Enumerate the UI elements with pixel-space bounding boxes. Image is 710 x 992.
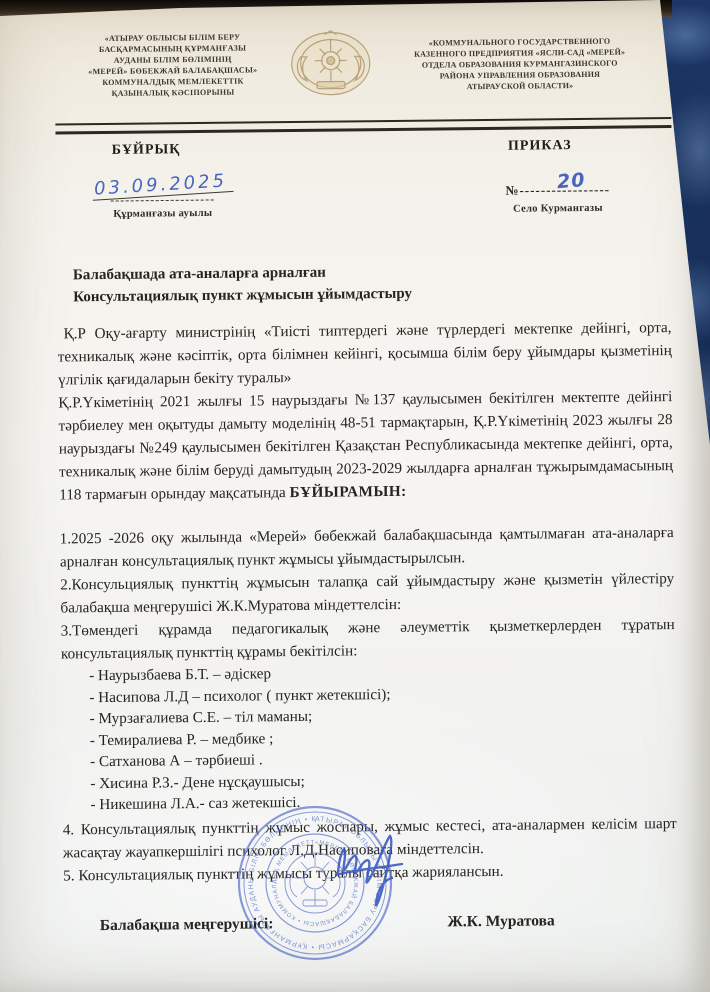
photo-background: «АТЫРАУ ОБЛЫСЫ БІЛІМ БЕРУ БАСҚАРМАСЫНЫҢ … [0,0,710,992]
letterhead: «АТЫРАУ ОБЛЫСЫ БІЛІМ БЕРУ БАСҚАРМАСЫНЫҢ … [54,19,669,114]
order-title-kazakh: БҰЙРЫҚ [112,142,181,159]
legal-basis-paragraph-1: Қ.Р Оқу-ағарту министрінің «Тиісті типте… [57,316,672,391]
org-ru-line: АТЫРАУСКОЙ ОБЛАСТИ» [381,79,659,93]
document-paper: «АТЫРАУ ОБЛЫСЫ БІЛІМ БЕРУ БАСҚАРМАСЫНЫҢ … [0,0,710,992]
signer-name: Ж.К. Муратова [447,912,554,931]
org-name-russian: «КОММУНАЛЬНОГО ГОСУДАРСТВЕННОГО КАЗЕННОГ… [380,35,659,93]
kazakhstan-emblem-icon [282,26,379,112]
date-block: 03.09.2025 --------------------- Құрманғ… [92,174,234,220]
order-title-russian: ПРИКАЗ [508,138,572,155]
place-russian: Село Курмангазы [506,203,611,215]
order-titles: БҰЙРЫҚ ПРИКАЗ [56,137,670,159]
order-number-line: №----------------- 20 [505,182,610,199]
order-meta: 03.09.2025 --------------------- Құрманғ… [56,169,670,220]
org-kk-line: ҚАЗЫНАЛЫҚ КӘСІПОРЫНЫ [69,86,277,99]
org-name-kazakh: «АТЫРАУ ОБЛЫСЫ БІЛІМ БЕРУ БАСҚАРМАСЫНЫҢ … [68,31,277,99]
header-divider [55,117,671,134]
order-item-2: 2.Консульциялық пункттің жұмысын талапқа… [60,567,674,619]
handwritten-signature [330,828,410,920]
commission-members-list: - Наурызбаева Б.Т. – әдіскер - Насипова … [89,660,631,816]
document-content: «АТЫРАУ ОБЛЫСЫ БІЛІМ БЕРУ БАСҚАРМАСЫНЫҢ … [0,0,710,936]
number-prefix: №---- [505,182,541,197]
legal-basis-paragraph-2: Қ.Р.Үкіметінің 2021 жылғы 15 наурыздағы … [58,385,673,506]
order-subject: Балабақшада ата-аналарға арналған Консул… [73,258,671,308]
number-block: №----------------- 20 Село Курмангазы [505,182,610,216]
place-kazakh: Құрманғазы ауылы [92,208,233,220]
decree-word: БҰЙЫРАМЫН: [289,483,406,501]
handwritten-number: 20 [556,169,586,193]
order-item-1: 1.2025 -2026 оқу жылында «Мерей» бөбекжа… [60,521,674,573]
order-item-3: 3.Төмендегі құрамда педагогикалық және ә… [61,613,675,665]
order-body: Қ.Р Оқу-ағарту министрінің «Тиісті типте… [57,316,675,665]
